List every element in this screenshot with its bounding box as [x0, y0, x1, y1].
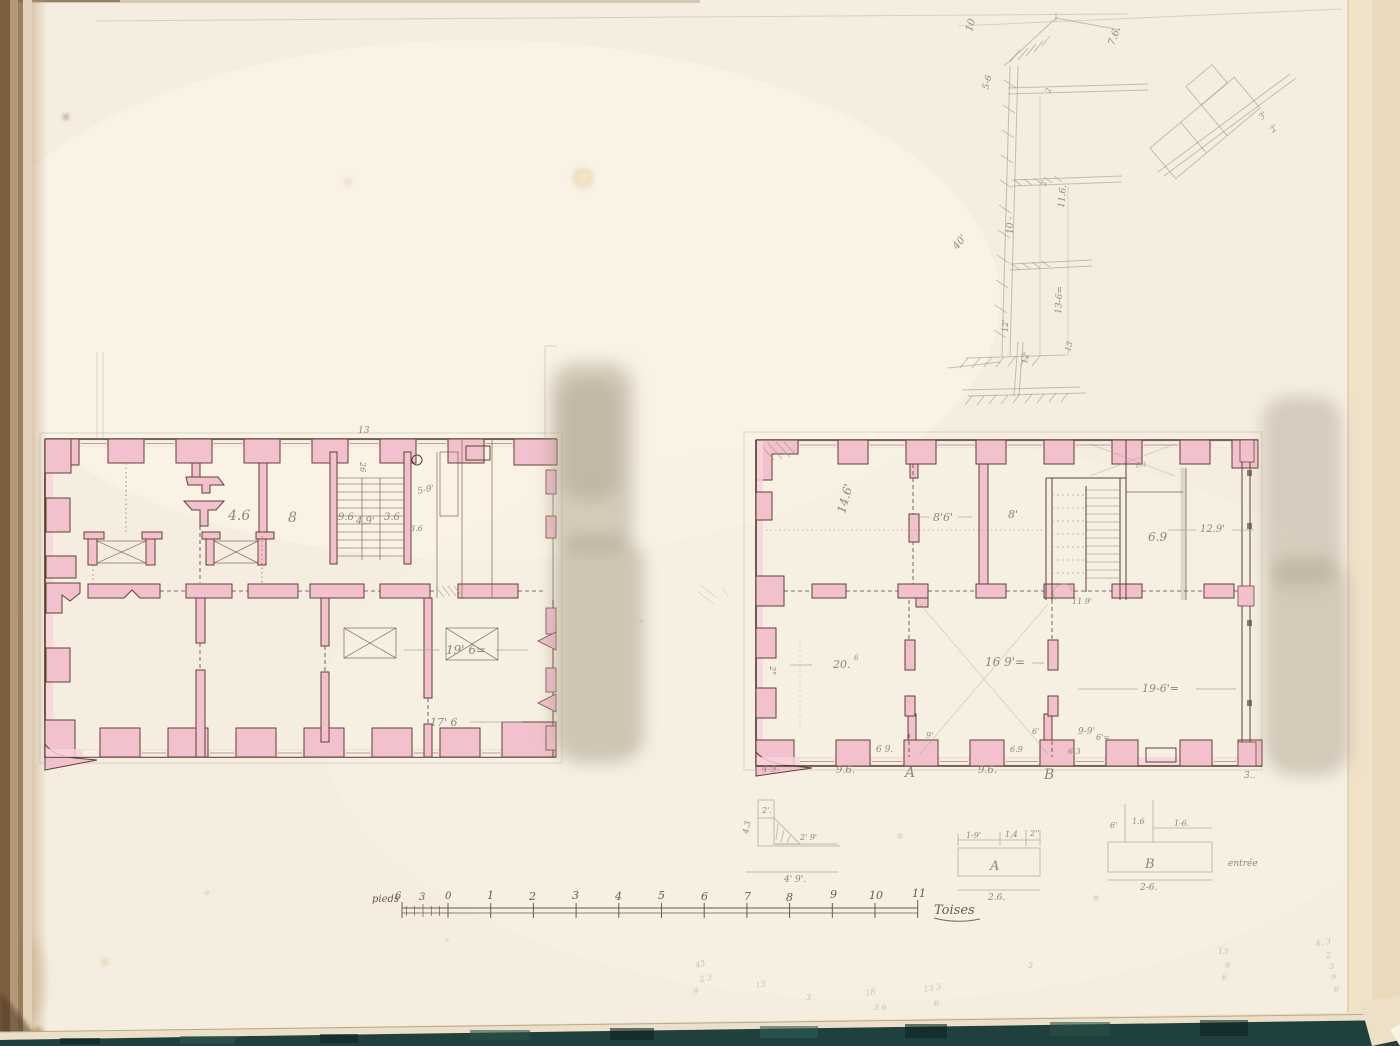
dim-text: 6.9 — [1010, 745, 1023, 754]
dim-text: 11 9' — [1072, 597, 1092, 606]
left-plan-bottom-windows — [83, 750, 500, 756]
book-binding-left — [0, 0, 48, 1046]
dim-text: 9.6 — [338, 512, 355, 523]
section-dim: 10 - — [1006, 217, 1016, 234]
scribble: 2 — [1325, 951, 1331, 960]
dim-text: 8'6' — [933, 511, 953, 524]
dim-text: 4.9' — [355, 516, 375, 527]
scale-tick: 6 — [701, 890, 708, 903]
dim-text: 6 9. — [876, 745, 893, 755]
dim-text: 2' 9' — [799, 833, 817, 842]
dim-text: 6' — [1110, 821, 1117, 830]
section-dim: 12' — [1001, 320, 1010, 332]
dim-text: 2'' — [1029, 829, 1040, 838]
section-dim: 11.6. — [1057, 184, 1069, 208]
dim-text: 2-6. — [1139, 883, 1157, 893]
dim-text: 2° — [768, 665, 777, 675]
dim-text: 6.9 — [1148, 530, 1167, 544]
dim-text: 1-6. — [1174, 819, 1189, 828]
scale-unit-label: Toises — [934, 903, 975, 918]
left-plan-spine-wall — [88, 584, 546, 598]
dim-text: 17' 6 — [430, 716, 458, 729]
scribble: 3 — [806, 993, 811, 1002]
scribble: 6 — [934, 999, 939, 1008]
dim-text: 3.6 — [384, 512, 401, 523]
scribble: 9 — [1331, 973, 1336, 982]
dim-text: 20. — [832, 658, 851, 671]
scribble: 13 — [1218, 947, 1228, 956]
scale-tick: 3 — [572, 889, 579, 902]
dim-text: 26 — [358, 461, 367, 472]
scribble: 3 — [1329, 962, 1334, 971]
scribble: 9 — [1225, 961, 1230, 970]
dim-text: 9.6. — [836, 765, 855, 776]
dim-text: 4-9- — [761, 765, 780, 775]
dim-text: 13 — [358, 426, 370, 436]
dim-text: 1.6 — [1132, 817, 1145, 826]
scale-tick: 3 — [419, 892, 425, 903]
detail-label: B — [1144, 857, 1155, 872]
scribble: 3 6 — [874, 1003, 887, 1012]
drawing-canvas: 10 5-6 7.6. 2 10 - 2' 11.6. 13-6= 40' 12… — [0, 0, 1400, 1046]
sketchbook-page-scan: 10 5-6 7.6. 2 10 - 2' 11.6. 13-6= 40' 12… — [0, 0, 1400, 1046]
dim-text: 3.6 — [410, 524, 423, 533]
scale-tick: 11 — [912, 887, 926, 900]
scale-tick: 7 — [744, 890, 751, 903]
scale-tick: 5 — [658, 889, 665, 902]
plan-key-letter: A — [903, 765, 915, 781]
dim-text: 2.6. — [987, 893, 1005, 903]
plan-key-letter: B — [1043, 767, 1054, 783]
dim-text: 16 9'= — [985, 655, 1025, 669]
dim-text: 6 — [854, 654, 859, 662]
section-dim: 13-6= — [1054, 286, 1065, 314]
dim-text: 1,4 — [1005, 830, 1018, 839]
dim-text: 1-9' — [966, 831, 981, 840]
scribble: 13 — [755, 979, 767, 990]
scale-tick: 2 — [528, 890, 536, 903]
scribble: 6 — [1222, 973, 1227, 982]
detail-note: entrée — [1228, 858, 1258, 869]
scale-tick: 9 — [830, 888, 837, 901]
dim-text: 9-9' — [1078, 727, 1095, 737]
scale-tick: 8 — [786, 891, 793, 904]
dim-text: 6' — [1032, 727, 1039, 736]
dim-text: 9.6. — [978, 765, 997, 776]
dim-text: 8' — [1008, 508, 1018, 521]
dim-text: 6.3 — [1068, 747, 1081, 756]
scale-tick: 4 — [614, 890, 622, 903]
scribble: 3 — [1028, 961, 1033, 970]
dim-text: 19-6'= — [1142, 682, 1179, 695]
scribble: 6 — [1334, 985, 1339, 994]
dim-text: 2'. — [761, 806, 772, 815]
scale-tick: 10 — [869, 889, 883, 902]
dim-text: 4.6 — [227, 508, 250, 524]
dim-text: 6'= — [1096, 733, 1110, 742]
dim-text: 12.9' — [1200, 524, 1225, 535]
dim-text: 9' — [926, 731, 933, 740]
scale-tick: 0 — [445, 891, 452, 902]
dim-text: 8 — [288, 510, 297, 526]
scribble: 9 — [693, 987, 698, 996]
dim-text: 4' 9'. — [783, 875, 806, 885]
dim-text: 3.. — [1244, 771, 1256, 781]
section-dim: 2' — [1040, 179, 1049, 187]
scale-tick: 6 — [395, 891, 402, 902]
dim-text: 19' 6= — [446, 643, 486, 657]
scale-tick: 1 — [487, 889, 494, 902]
margin-note: 44 — [15, 602, 25, 615]
detail-label: A — [989, 859, 999, 874]
